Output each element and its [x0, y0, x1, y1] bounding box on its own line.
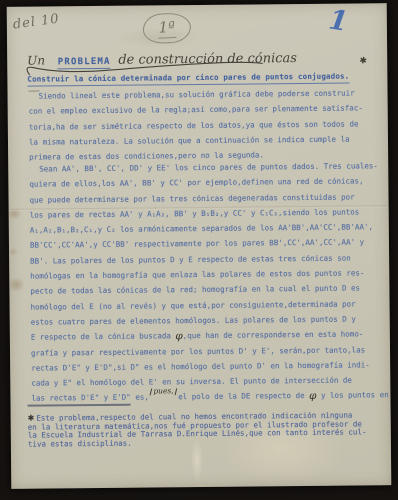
exercise-number: 1ª: [157, 18, 177, 39]
text-segment: las rectas D'E" y E'D" es,: [31, 393, 148, 403]
phi-symbol-handwritten: φ: [175, 330, 182, 342]
text-segment: ,que han de corresponderse en esta homo-: [183, 330, 364, 341]
title-handwritten-prefix: Un: [27, 53, 45, 67]
subtitle-typed: Construir la cónica determinada por cinc…: [27, 72, 349, 87]
paragraph-2: Sean AA', BB', CC', DD' y EE' los cinco …: [29, 158, 383, 406]
document-page: del 10 1ª 1 Un PROBLEMA de construcción …: [7, 3, 392, 489]
inserted-word-handwritten: pues,: [151, 387, 176, 396]
exercise-number-badge: 1ª: [142, 12, 191, 44]
text-segment: E respecto de la cónica buscada: [31, 331, 176, 341]
page-number-handwritten: 1: [327, 4, 350, 37]
asterisk-mark-icon: ✱: [358, 56, 367, 67]
footnote-line: tiva estas disciplinas.: [28, 437, 384, 449]
footnote-star-icon: ✱: [28, 414, 35, 423]
title-typed-word: PROBLEMA: [58, 57, 111, 70]
corner-note-handwritten: del 10: [12, 12, 60, 33]
document-title: Un PROBLEMA de construcción de cónicas: [27, 47, 297, 69]
text-segment: y los puntos en: [316, 391, 388, 401]
text-segment: el polo de la DE respecto de: [178, 391, 309, 401]
phi-symbol-handwritten: φ: [309, 390, 316, 402]
footnote: ✱Este problema,respecto del cual no hemo…: [28, 411, 384, 449]
title-handwritten-rest: de construcción de cónicas: [118, 51, 297, 68]
paragraph-1: Siendo lineal este problema,su solución …: [28, 85, 381, 165]
